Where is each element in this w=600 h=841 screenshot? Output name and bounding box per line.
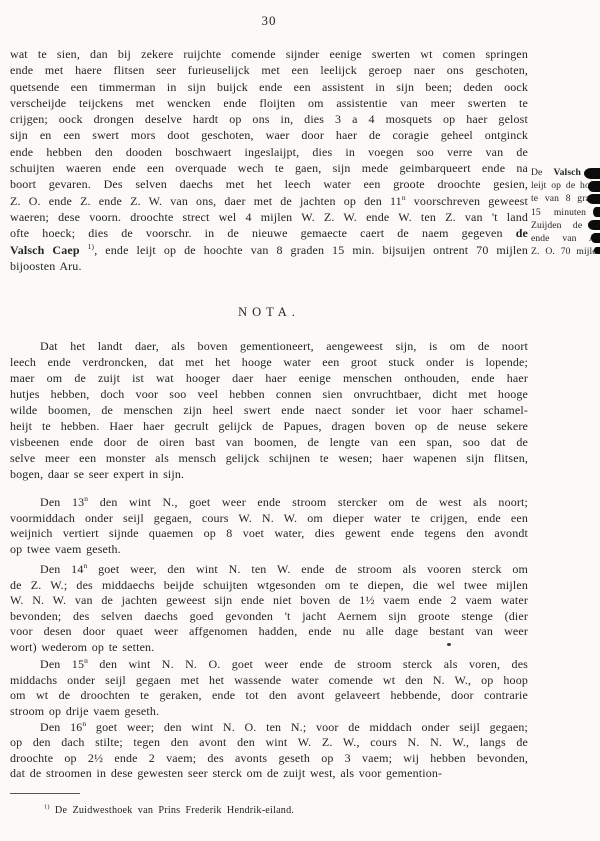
page-number: 30	[10, 13, 528, 29]
text-line: bijoosten Aru.	[10, 258, 528, 274]
paragraph: Den 13n den wint N., goet weer ende stro…	[10, 495, 528, 557]
text-line: droochte op 2½ ende 2 vaem; des avonts g…	[10, 751, 528, 766]
margin-note-line: Z. O. 70 mijlen.	[531, 245, 600, 258]
text-line: wort) wederom op te setten.	[10, 640, 528, 656]
text-line: dat de stroomen in dese gewesten seer st…	[10, 766, 528, 781]
text-line: de Z. W.; des middaechs beijde schuijten…	[10, 578, 528, 594]
text-line: voormiddach onder seijl gegaen, cours W.…	[10, 511, 528, 527]
ink-blot	[587, 194, 600, 204]
text-line: schuijten waeren ende een overquade wech…	[10, 160, 528, 176]
ink-blot	[588, 220, 600, 230]
text-line: W. N. W. van de jachten geweest sijn end…	[10, 593, 528, 609]
text-line: boort gevaren. Des selven daechs met het…	[10, 176, 528, 192]
text-line: sijn en een swert mors doot geschoten, w…	[10, 127, 528, 143]
text-line: crijgen; oock drongen deselve hardt op o…	[10, 111, 528, 127]
text-line: heijt te hebben. Haer haer gecrult gelij…	[10, 418, 528, 434]
margin-note-line: ende van Aru	[531, 232, 600, 245]
text-line: Dat het landt daer, als boven gementione…	[10, 338, 528, 354]
text-line: leech ende verdroncken, dat met het hoog…	[10, 354, 528, 370]
text-line: weijnich vertiert sijnde quaemen op 8 vo…	[10, 526, 528, 542]
text-line: wat te sien, dan bij zekere ruijchte com…	[10, 46, 528, 62]
text-line: Valsch Caep 1), ende leijt op de hoochte…	[10, 242, 528, 258]
margin-note: De Valsch Caleijt op de hoochte van 8 gr…	[531, 166, 600, 258]
text-line: waeren; dese voorn. droochte strect wel …	[10, 209, 528, 225]
paragraph: Den 16n goet weer; den wint N. O. ten N.…	[10, 720, 528, 781]
paragraph: Dat het landt daer, als boven gementione…	[10, 338, 528, 482]
ink-blot	[584, 168, 600, 179]
text-line: quetsende een timmerman in sijn buijck e…	[10, 79, 528, 95]
text-line: middachs onder seijl gegaen met het wass…	[10, 673, 528, 689]
text-line: Z. O. ende Z. ende Z. W. van ons, daer m…	[10, 193, 528, 209]
ink-blot	[594, 247, 600, 254]
text-line: bevonden; des selven daechs goed gevonde…	[10, 609, 528, 625]
text-line: op twee vaem geseth.	[10, 542, 528, 558]
text-line: Den 16n goet weer; den wint N. O. ten N.…	[10, 720, 528, 735]
text-line: op den dach stilte; tegen den avont den …	[10, 735, 528, 750]
ink-speck	[447, 643, 451, 646]
text-line: hutjes hebben, doch voor soo veel hebben…	[10, 386, 528, 402]
text-line: selve meer een monster als mensch gelijc…	[10, 450, 528, 466]
ink-blot	[593, 207, 600, 217]
text-line: ende hebben den dooden boschwaert ingesl…	[10, 144, 528, 160]
ink-blot	[588, 181, 600, 192]
text-line: ende met haere flitsen seer furieuselijc…	[10, 62, 528, 78]
paragraph: wat te sien, dan bij zekere ruijchte com…	[10, 46, 528, 274]
text-line: Den 13n den wint N., goet weer ende stro…	[10, 495, 528, 511]
text-line: voor desen door quaet weer affgenomen ha…	[10, 624, 528, 640]
text-line: ofte hoeck; dies de voorschr. in de nieu…	[10, 225, 528, 241]
text-line: maer om de zuijt ist wat hooger daer hae…	[10, 370, 528, 386]
text-line: wilde boomen, de menschen zijn heel swer…	[10, 402, 528, 418]
margin-note-line: 15 minuten b	[531, 206, 600, 219]
text-line: om wt de droochten te geraken, ende tot …	[10, 688, 528, 704]
book-page: 30 wat te sien, dan bij zekere ruijchte …	[0, 0, 600, 841]
text-line: Den 15n den wint N. N. O. goet weer ende…	[10, 657, 528, 673]
text-line: Den 14n goet weer, den wint N. ten W. en…	[10, 562, 528, 578]
text-line: stroom op drije vaem geseth.	[10, 704, 528, 720]
text-line: visbeenen ende door de oiren bast van bo…	[10, 434, 528, 450]
paragraph: Den 14n goet weer, den wint N. ten W. en…	[10, 562, 528, 655]
text-line: verscheijde teijckens met wencken ende f…	[10, 95, 528, 111]
paragraph: Den 15n den wint N. N. O. goet weer ende…	[10, 657, 528, 719]
text-line: bogen, daar se seer expert in sijn.	[10, 466, 528, 482]
footnote-rule	[10, 793, 80, 794]
section-heading: NOTA.	[10, 305, 528, 320]
footnote: 1) De Zuidwesthoek van Prins Frederik He…	[44, 805, 294, 816]
ink-blot	[591, 233, 600, 243]
